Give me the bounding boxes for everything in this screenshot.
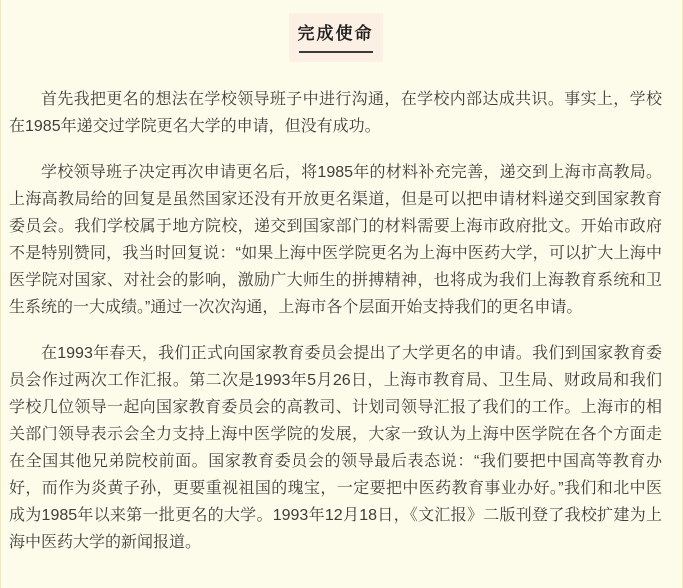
article-title-box: 完成使命 xyxy=(289,13,383,62)
article-paragraph: 在1993年春天，我们正式向国家教育委员会提出了大学更名的申请。我们到国家教育委… xyxy=(9,340,662,556)
article-body: 首先我把更名的想法在学校领导班子中进行沟通，在学校内部达成共识。事实上，学校在1… xyxy=(9,86,662,556)
article-paragraph: 首先我把更名的想法在学校领导班子中进行沟通，在学校内部达成共识。事实上，学校在1… xyxy=(9,86,662,140)
title-underline xyxy=(299,51,373,53)
article-paragraph: 学校领导班子决定再次申请更名后，将1985年的材料补充完善，递交到上海市高教局。… xyxy=(9,159,662,321)
page-title: 完成使命 xyxy=(298,19,374,44)
article-page: 完成使命 首先我把更名的想法在学校领导班子中进行沟通，在学校内部达成共识。事实上… xyxy=(0,0,683,588)
